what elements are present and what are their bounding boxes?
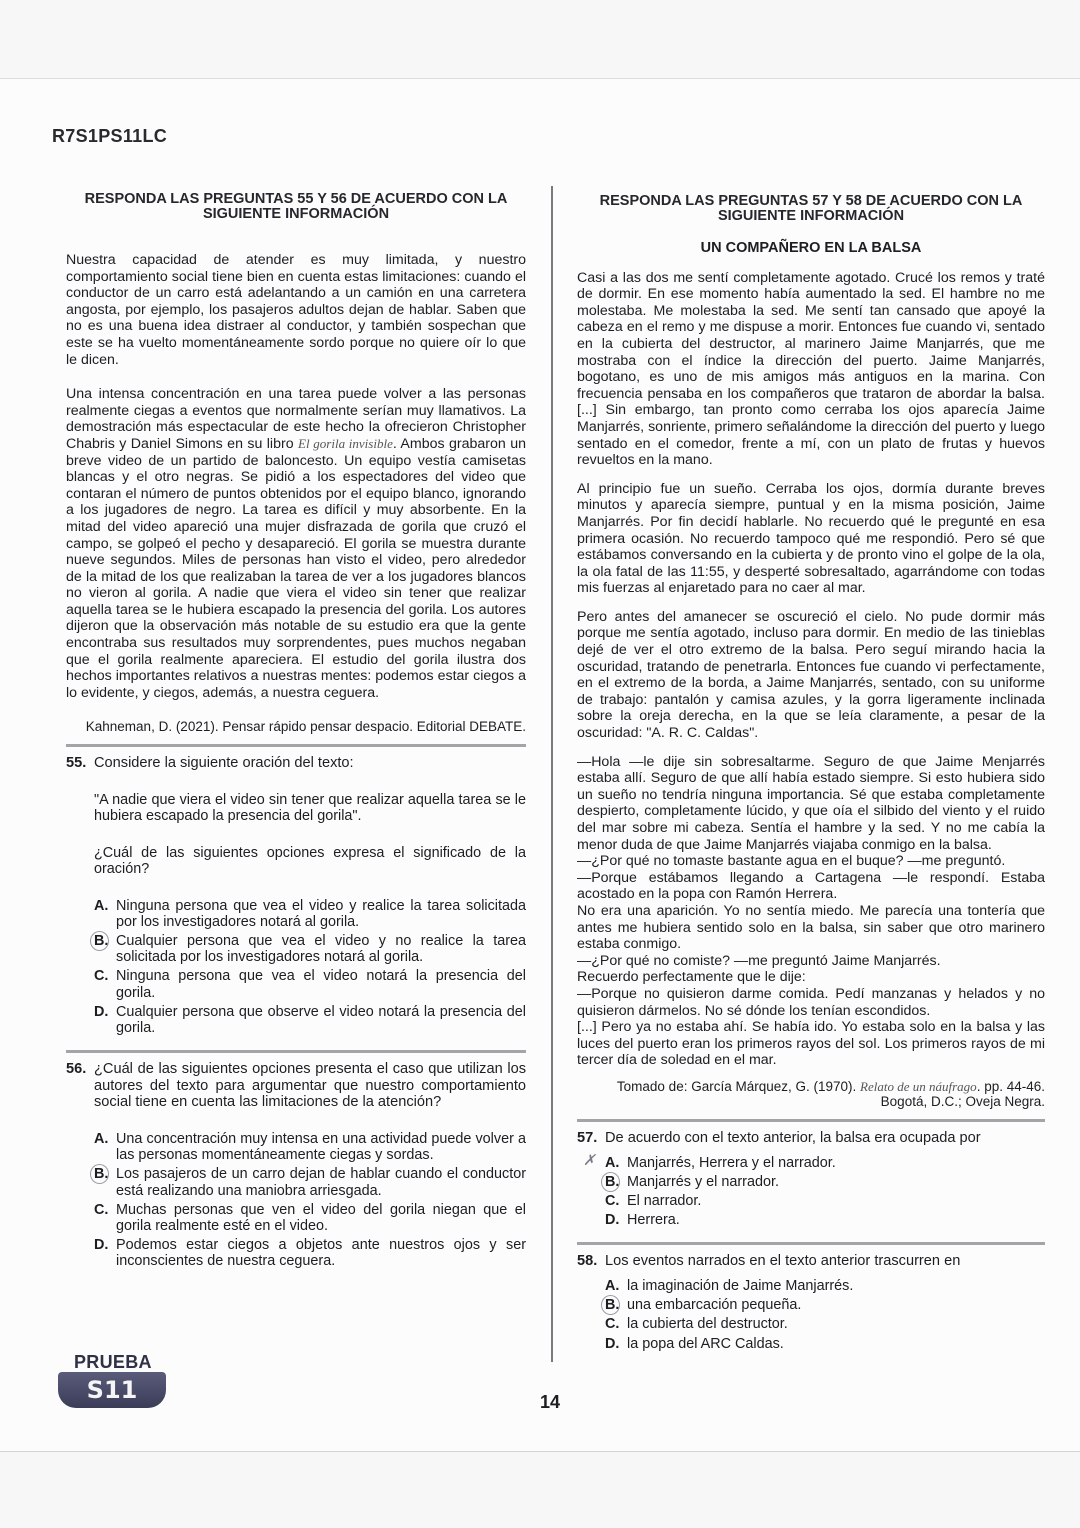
question-prompt: ¿Cuál de las siguientes opciones expresa… [94,845,526,878]
handwritten-mark-icon: ✗ [583,1153,596,1169]
question-stem: Considere la siguiente oración del texto… [94,755,526,772]
separator-rule [577,1119,1045,1122]
quoted-sentence: "A nadie que viera el video sin tener qu… [94,792,526,825]
option-b-marked[interactable]: B.una embarcación pequeña. [605,1297,1045,1313]
dialogue-line: Recuerdo perfectamente que le dije: [577,969,1045,986]
option-b-marked[interactable]: B.Manjarrés y el narrador. [605,1174,1045,1190]
column-divider [551,186,553,1362]
separator-rule [577,1242,1045,1245]
book-title: Relato de un náufrago [860,1079,977,1094]
option-d[interactable]: D.Cualquier persona que observe el video… [94,1004,526,1036]
option-a[interactable]: A.Ninguna persona que vea el video y rea… [94,898,526,930]
option-d[interactable]: D.la popa del ARC Caldas. [605,1336,1045,1352]
book-title: El gorila invisible [298,436,393,451]
option-a[interactable]: ✗A.Manjarrés, Herrera y el narrador. [605,1155,1045,1171]
right-column: RESPONDA LAS PREGUNTAS 57 Y 58 DE ACUERD… [577,194,1045,1366]
option-d[interactable]: D.Podemos estar ciegos a objetos ante nu… [94,1237,526,1269]
option-c[interactable]: C.Ninguna persona que vea el video notar… [94,968,526,1000]
separator-rule [66,744,526,747]
answer-options: A.la imaginación de Jaime Manjarrés. B.u… [605,1278,1045,1352]
question-stem: De acuerdo con el texto anterior, la bal… [605,1130,1045,1147]
dialogue-line: —¿Por qué no comiste? —me preguntó Jaime… [577,953,1045,970]
section-header-55-56: RESPONDA LAS PREGUNTAS 55 Y 56 DE ACUERD… [66,192,526,222]
dialogue-line: No era una aparición. Yo no sentía miedo… [577,903,1045,953]
passage-paragraph-3: Pero antes del amanecer se oscureció el … [577,609,1045,742]
answer-options: A.Ninguna persona que vea el video y rea… [94,898,526,1037]
dialogue-line: [...] Pero ya no estaba ahí. Se había id… [577,1019,1045,1069]
citation: Tomado de: García Márquez, G. (1970). Re… [577,1079,1045,1109]
question-55: 55. Considere la siguiente oración del t… [66,755,526,1036]
page-number: 14 [540,1392,560,1413]
left-column: RESPONDA LAS PREGUNTAS 55 Y 56 DE ACUERD… [66,192,526,1284]
passage-paragraph-2: Una intensa concentración en una tarea p… [66,386,526,701]
question-number: 56. [66,1061,94,1111]
question-56: 56. ¿Cuál de las siguientes opciones pre… [66,1061,526,1269]
exam-code: R7S1PS11LC [52,126,167,147]
option-a[interactable]: A.Una concentración muy intensa en una a… [94,1131,526,1163]
question-number: 57. [577,1130,605,1147]
option-c[interactable]: C.la cubierta del destructor. [605,1316,1045,1332]
option-c[interactable]: C.Muchas personas que ven el video del g… [94,1202,526,1234]
test-badge: S11 [58,1372,166,1408]
option-b-marked[interactable]: B.Los pasajeros de un carro dejan de hab… [94,1166,526,1198]
dialogue-line: —Porque estábamos llegando a Cartagena —… [577,870,1045,903]
separator-rule [66,1050,526,1053]
question-stem: ¿Cuál de las siguientes opciones present… [94,1061,526,1111]
citation: Kahneman, D. (2021). Pensar rápido pensa… [66,719,526,734]
question-number: 55. [66,755,94,772]
option-d[interactable]: D.Herrera. [605,1212,1045,1228]
passage-paragraph-1: Nuestra capacidad de atender es muy limi… [66,252,526,368]
option-a[interactable]: A.la imaginación de Jaime Manjarrés. [605,1278,1045,1294]
dialogue-line: —Porque no quisieron darme comida. Pedí … [577,986,1045,1019]
passage-title: UN COMPAÑERO EN LA BALSA [577,240,1045,257]
answer-options: A.Una concentración muy intensa en una a… [94,1131,526,1270]
prueba-label: PRUEBA [74,1352,152,1373]
option-b-marked[interactable]: B.Cualquier persona que vea el video y n… [94,933,526,965]
answer-options: ✗A.Manjarrés, Herrera y el narrador. B.M… [605,1155,1045,1229]
section-header-57-58: RESPONDA LAS PREGUNTAS 57 Y 58 DE ACUERD… [577,194,1045,224]
question-58: 58. Los eventos narrados en el texto ant… [577,1253,1045,1351]
option-c[interactable]: C.El narrador. [605,1193,1045,1209]
passage-paragraph-1: Casi a las dos me sentí completamente ag… [577,270,1045,469]
dialogue-line: —¿Por qué no tomaste bastante agua en el… [577,853,1045,870]
dialogue-line: —Hola —le dije sin sobresaltarme. Seguro… [577,754,1045,854]
passage-paragraph-2: Al principio fue un sueño. Cerraba los o… [577,481,1045,597]
question-number: 58. [577,1253,605,1270]
question-57: 57. De acuerdo con el texto anterior, la… [577,1130,1045,1228]
question-stem: Los eventos narrados en el texto anterio… [605,1253,1045,1270]
